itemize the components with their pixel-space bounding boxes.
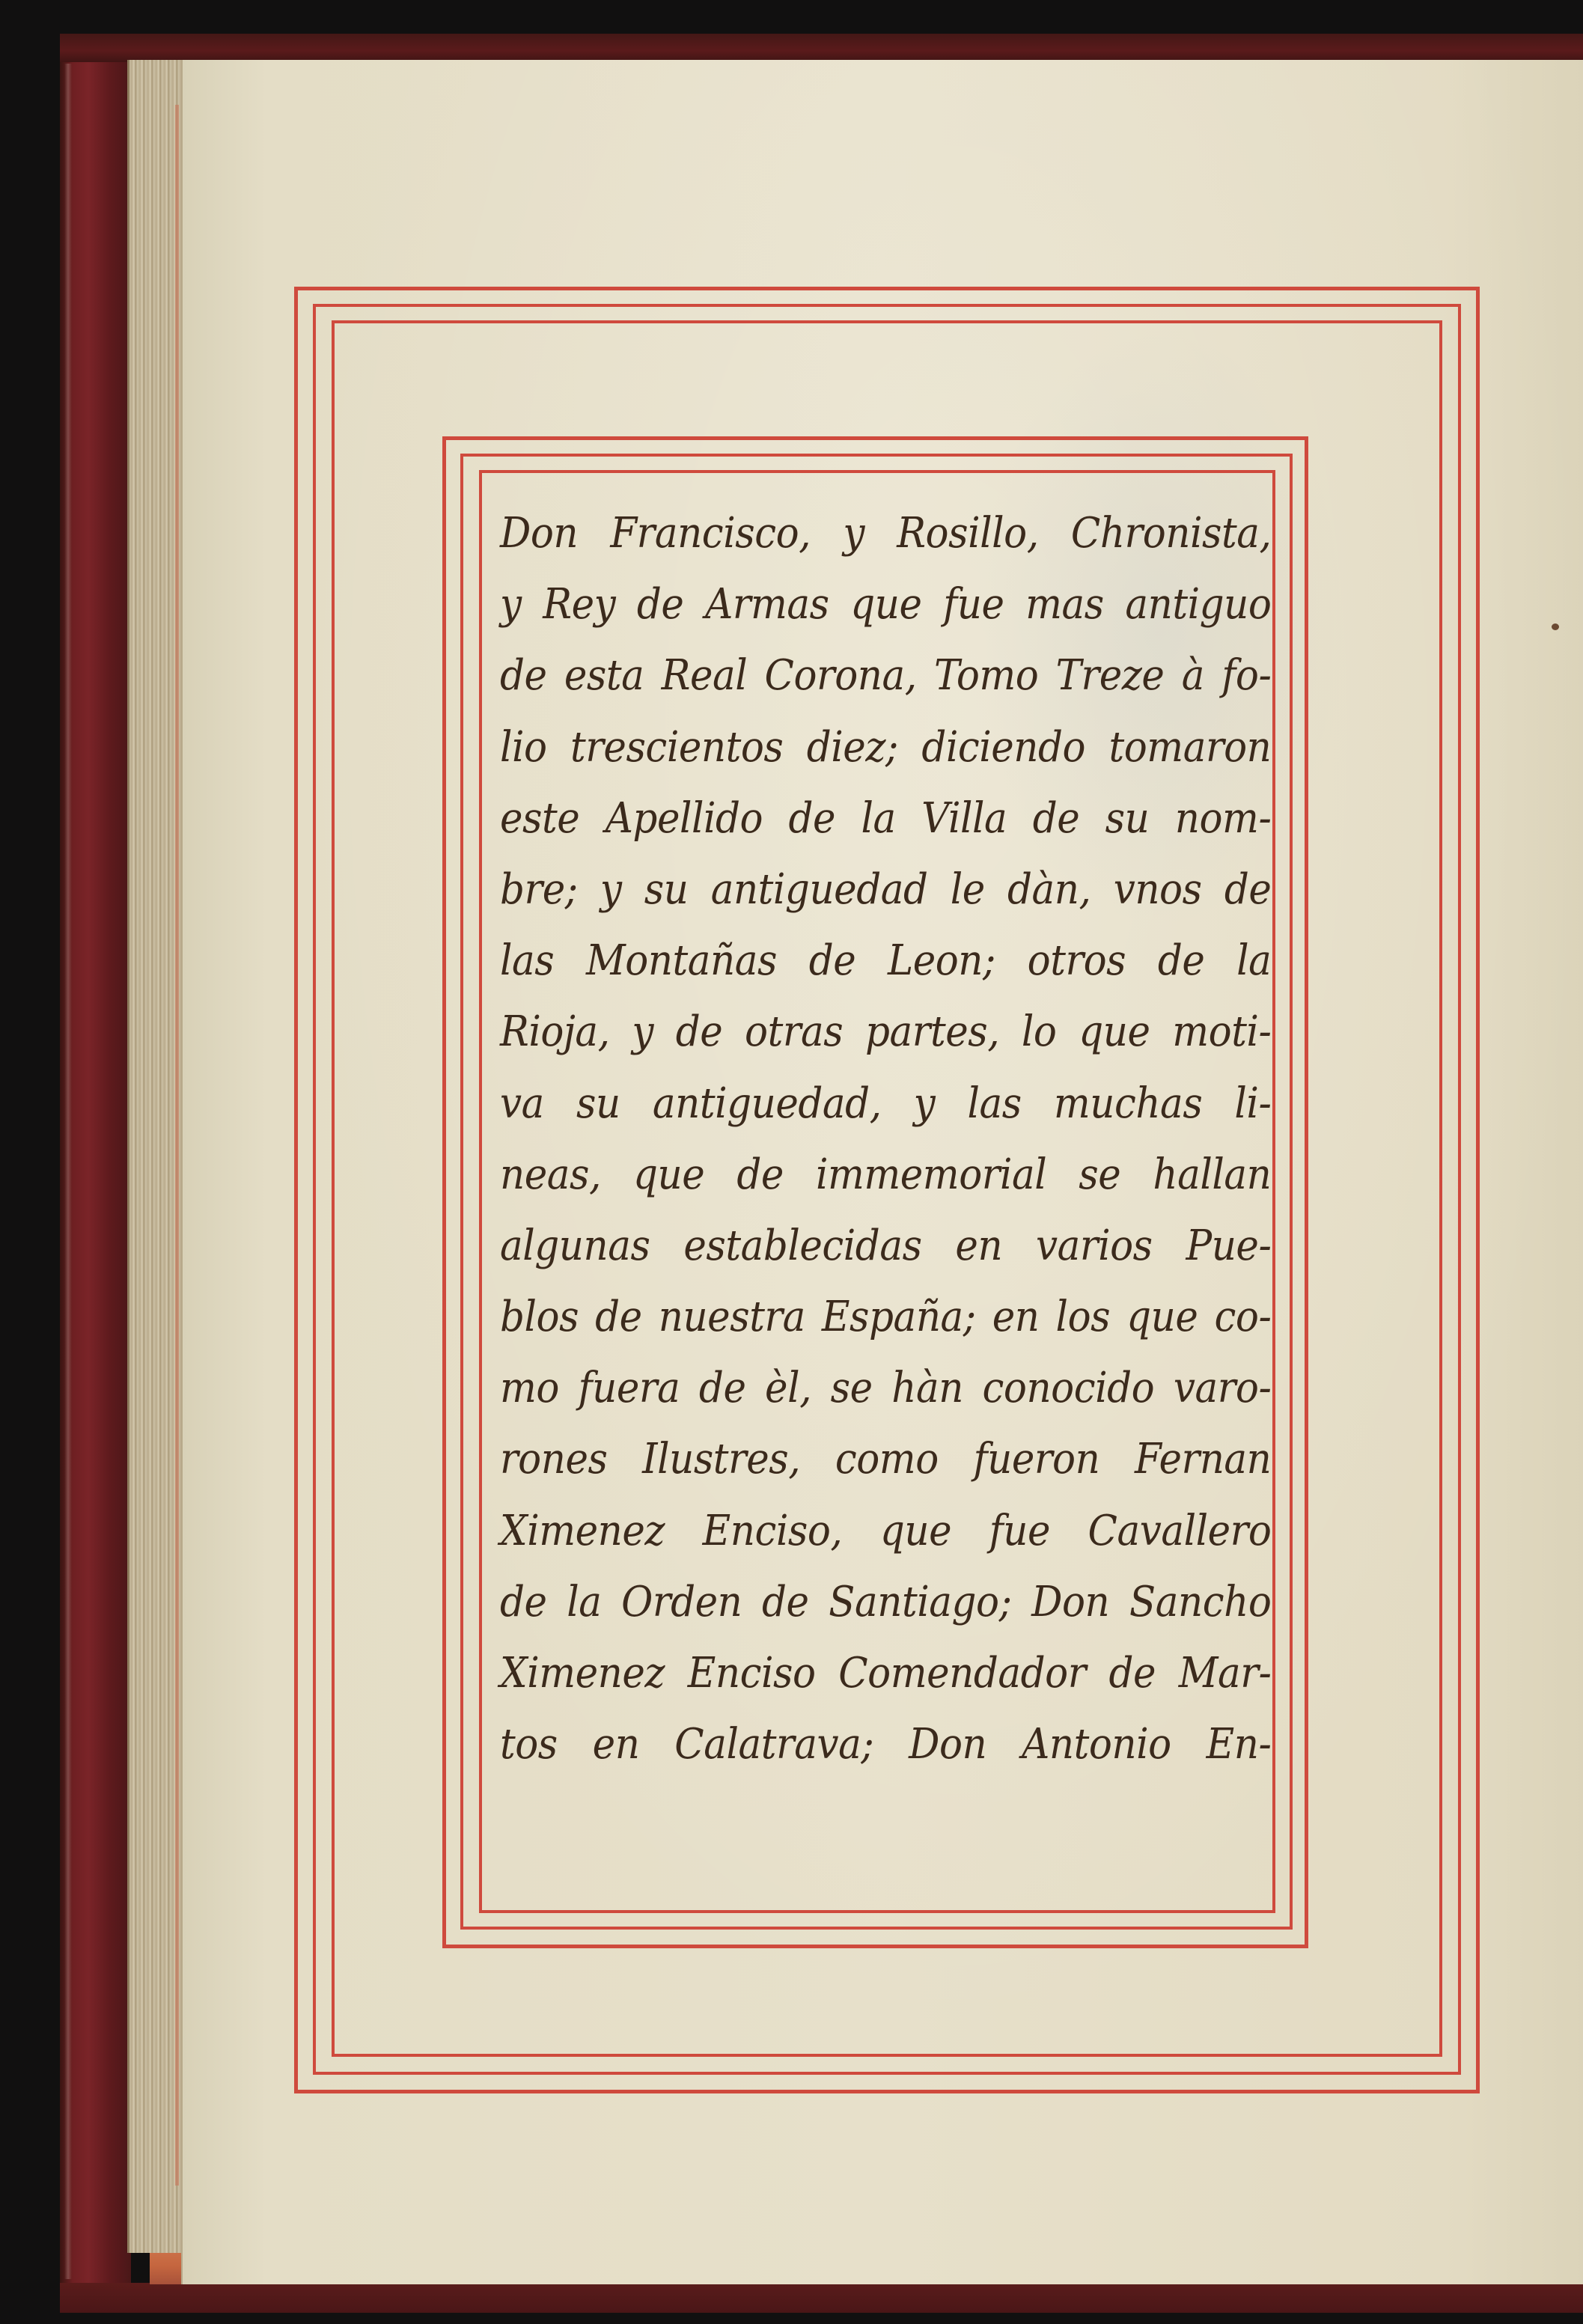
text-line: de esta Real Corona, Tomo Treze à fo- — [500, 640, 1271, 711]
text-line: las Montañas de Leon; otros de la — [500, 925, 1271, 996]
text-line: mo fuera de èl, se hàn conocido varo- — [500, 1352, 1271, 1424]
text-line: rones Ilustres, como fueron Fernan — [500, 1424, 1271, 1495]
text-line: de la Orden de Santiago; Don Sancho — [500, 1567, 1271, 1638]
text-line: neas, que de immemorial se hallan — [500, 1139, 1271, 1210]
text-line: blos de nuestra España; en los que co- — [500, 1281, 1271, 1352]
text-line: Don Francisco, y Rosillo, Chronista, — [500, 498, 1271, 569]
book-cover-spine-edge — [60, 34, 131, 2313]
text-line: va su antiguedad, y las muchas li- — [500, 1068, 1271, 1139]
text-line: Ximenez Enciso, que fue Cavallero — [500, 1495, 1271, 1567]
page-block-edges — [127, 60, 183, 2253]
text-line: este Apellido de la Villa de su nom- — [500, 783, 1271, 854]
text-line: bre; y su antiguedad le dàn, vnos de — [500, 854, 1271, 925]
text-line: algunas establecidas en varios Pue- — [500, 1210, 1271, 1281]
text-line: tos en Calatrava; Don Antonio En- — [500, 1709, 1271, 1780]
text-line: y Rey de Armas que fue mas antiguo — [500, 569, 1271, 640]
manuscript-text: Don Francisco, y Rosillo, Chronista, y R… — [500, 498, 1271, 1780]
text-line: Ximenez Enciso Comendador de Mar- — [500, 1638, 1271, 1709]
text-line: lio trescientos diez; diciendo tomaron — [500, 712, 1271, 783]
book-cover-bottom-edge — [60, 2283, 1583, 2313]
text-line: Rioja, y de otras partes, lo que moti- — [500, 996, 1271, 1067]
book-cover-top-edge — [60, 34, 1583, 62]
ink-spot — [1552, 623, 1559, 630]
